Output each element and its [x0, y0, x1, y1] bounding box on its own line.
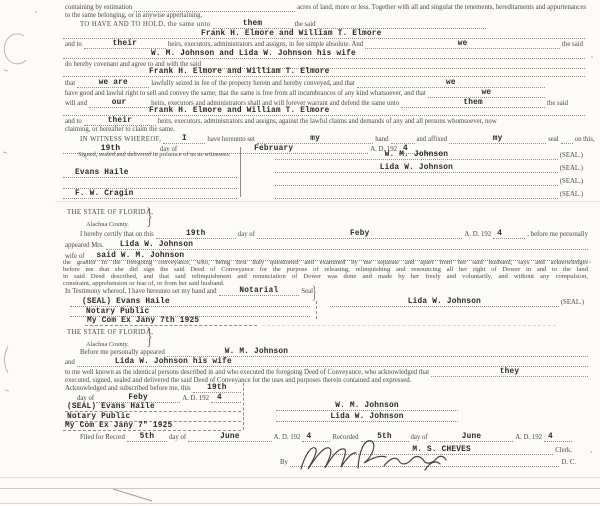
blank-filed-day: 5th	[127, 431, 167, 442]
typed-witness-fw-cragin: F. W. Cragin	[75, 190, 134, 199]
typed-commission-2: My Com Ex Jany 7" 1925	[65, 422, 172, 431]
clerk-signature-line: M. S. CHEVES	[330, 444, 553, 455]
brace-testimony: }	[312, 283, 317, 301]
seal-row-lida-2: Lida W. Johnson (SEAL.)	[330, 297, 586, 307]
section-divider	[55, 201, 600, 202]
deed-document-page: containing by estimation acres of land, …	[0, 0, 600, 506]
blank-my-2: my	[449, 133, 546, 144]
blank-year-2: 4	[493, 228, 525, 239]
label-lawfully: lawfully seized in fee of the property h…	[149, 79, 357, 88]
acknowledgment-divider-line	[243, 383, 244, 430]
line-certify: I hereby certify that on this 19th day o…	[78, 229, 590, 239]
label-state-florida-2: THE STATE OF FLORIDA,	[65, 328, 155, 337]
line-appeared-mrs: appeared Mrs. Lida W. Johnson	[63, 240, 588, 250]
notary-signature-line: (SEAL) Evans Haile	[70, 296, 310, 307]
blank-recorded-year: 4	[544, 431, 572, 442]
typed-19th-2: 19th	[186, 230, 206, 239]
typed-we-are: we are	[99, 79, 128, 88]
typed-year-4e: 4	[548, 433, 553, 442]
seal-label: (SEAL.)	[558, 190, 585, 199]
signature-row-wm: W. M. Johnson	[276, 401, 458, 411]
typed-june-1: June	[220, 433, 240, 442]
label-recorded: Recorded	[330, 433, 360, 442]
signature-line	[275, 188, 558, 199]
page-edge-rule-3	[0, 503, 600, 504]
typed-clerk-name: M. S. CHEVES	[412, 446, 471, 455]
signature-line: Lida W. Johnson	[276, 411, 458, 422]
seal-row-1: W. M. Johnson (SEAL.)	[275, 150, 585, 160]
label-before-personally: , before me personally	[525, 230, 590, 239]
seal-label: (SEAL.)	[558, 177, 585, 186]
line-witnesses-label: Signed, sealed and delivered in presence…	[78, 149, 240, 159]
typed-grantees-3: Frank H. Elmore and William T. Elmore	[149, 107, 330, 116]
blank-we-are: we are	[77, 77, 149, 88]
label-ad-192-2: A. D. 192	[462, 230, 493, 239]
label-certify: I hereby certify that on this	[78, 230, 156, 239]
state-heading-2: THE STATE OF FLORIDA,	[65, 327, 185, 337]
testimony-divider-dashes	[316, 301, 317, 319]
line-grantees-2: Frank H. Elmore and William T. Elmore	[63, 67, 585, 77]
signature-line: Lida W. Johnson	[275, 162, 558, 173]
label-day-of-2: day of	[236, 230, 257, 239]
typed-year-4d: 4	[306, 433, 311, 442]
typed-year-4b: 4	[497, 230, 502, 239]
blank-notarial: Notarial	[219, 285, 300, 296]
label-witnesses: Signed, sealed and delivered in presence…	[78, 150, 231, 159]
label-ad-192-5: A. D. 192	[513, 433, 544, 442]
label-dc: D. C.	[559, 458, 578, 467]
blank-after-seal	[561, 133, 573, 144]
blank-day-2: 19th	[156, 228, 236, 239]
label-by: By	[278, 458, 290, 467]
typed-grantees: Frank H. Elmore and William T. Elmore	[201, 30, 382, 39]
typed-sig-lida-2: Lida W. Johnson	[408, 298, 481, 307]
blank-filed-year: 4	[302, 431, 330, 442]
dower-line-2: before me that she did sign the said Dee…	[63, 266, 588, 273]
seal-row-2: Lida W. Johnson (SEAL.)	[275, 163, 585, 173]
line-filed-for-record: Filed for Record 5th day of June A. D. 1…	[78, 432, 572, 442]
seal-label: (SEAL.)	[559, 298, 586, 307]
typed-sig-lida-johnson: Lida W. Johnson	[380, 164, 453, 173]
page-edge-rule-1	[0, 477, 600, 478]
signature-line: Lida W. Johnson	[330, 296, 559, 307]
signature-line: W. M. Johnson	[276, 400, 458, 411]
line-clerk: M. S. CHEVES Clerk.	[330, 445, 574, 455]
blank-mrs-name: Lida W. Johnson	[106, 239, 588, 250]
typed-sig-wm-johnson: W. M. Johnson	[385, 151, 448, 160]
seal-label: (SEAL.)	[558, 151, 585, 160]
label-state-florida: THE STATE OF FLORIDA,	[65, 208, 155, 217]
line-commission-1: My Com Ex Jany 7th 1925	[85, 316, 257, 326]
typed-5th-1: 5th	[140, 433, 155, 442]
label-day-of-5: day of	[409, 433, 430, 442]
commission-line: My Com Ex Jany 7" 1925	[63, 420, 241, 431]
line-deputy-clerk: By D. C.	[278, 457, 578, 467]
typed-5th-2: 5th	[377, 433, 392, 442]
seal-row-4: (SEAL.)	[275, 189, 585, 199]
line-commission-2: My Com Ex Jany 7" 1925	[63, 421, 241, 431]
typed-my-2: my	[493, 135, 503, 144]
signature-line: W. M. Johnson	[275, 149, 558, 160]
dower-line-1: the grantor in the foregoing conveyance,…	[63, 259, 588, 266]
typed-feby: Feby	[350, 230, 370, 239]
blank-grantee-names-2: Frank H. Elmore and William T. Elmore	[63, 66, 585, 77]
seal-label: (SEAL.)	[558, 164, 585, 173]
blank-month-2: Feby	[257, 228, 462, 239]
brace-state-1: }	[146, 205, 152, 228]
typed-lida-3: Lida W. Johnson	[330, 413, 403, 422]
brace-state-2: }	[146, 325, 152, 348]
typed-they: they	[500, 368, 520, 377]
label-clerk: Clerk.	[553, 446, 574, 455]
label-filed: Filed for Record	[78, 433, 127, 442]
witness-row-1: Evans Haile	[63, 168, 237, 178]
line-claiming: claiming, or hereafter to claim the same…	[63, 124, 283, 134]
blank-recorded-month: June	[430, 431, 514, 442]
label-claiming: claiming, or hereafter to claim the same…	[63, 125, 177, 134]
state-heading-1: THE STATE OF FLORIDA,	[65, 207, 185, 217]
typed-grantees-2: Frank H. Elmore and William T. Elmore	[149, 68, 330, 77]
label-ad-192-4: A. D. 192	[272, 433, 303, 442]
witness-row-3: F. W. Cragin	[63, 189, 237, 199]
seal-row-3: (SEAL.)	[275, 176, 585, 186]
witness-line: F. W. Cragin	[63, 188, 237, 199]
witness-divider-line	[240, 147, 241, 197]
faint-dash-rule	[262, 325, 556, 326]
typed-june-2: June	[462, 433, 482, 442]
blank-filed-month: June	[188, 431, 272, 442]
dower-paragraph: the grantor in the foregoing conveyance,…	[63, 259, 588, 288]
dower-line-3: in said Deed described, and that said re…	[63, 273, 588, 280]
label-seal-word: seal	[546, 135, 561, 144]
witness-line: Evans Haile	[63, 167, 237, 178]
label-hand: hand	[373, 135, 390, 144]
line-notary-seal-signature: (SEAL) Evans Haile	[70, 297, 310, 307]
label-alachua-county: Alachua County.	[84, 220, 131, 229]
blank-recorded-day: 5th	[361, 431, 409, 442]
typed-commission-1: My Com Ex Jany 7th 1925	[87, 317, 199, 326]
label-that: that	[63, 79, 77, 88]
deputy-signature-line	[290, 456, 560, 467]
signature-row-lida: Lida W. Johnson	[276, 412, 458, 422]
signature-line	[275, 175, 558, 186]
commission-line: My Com Ex Jany 7th 1925	[85, 315, 257, 326]
label-day-of-4: day of	[167, 433, 188, 442]
label-on-this: on this	[573, 135, 595, 144]
line-testimony: In Testimony whereof, I have hereunto se…	[63, 286, 315, 296]
page-edge-rule-2	[0, 488, 600, 489]
